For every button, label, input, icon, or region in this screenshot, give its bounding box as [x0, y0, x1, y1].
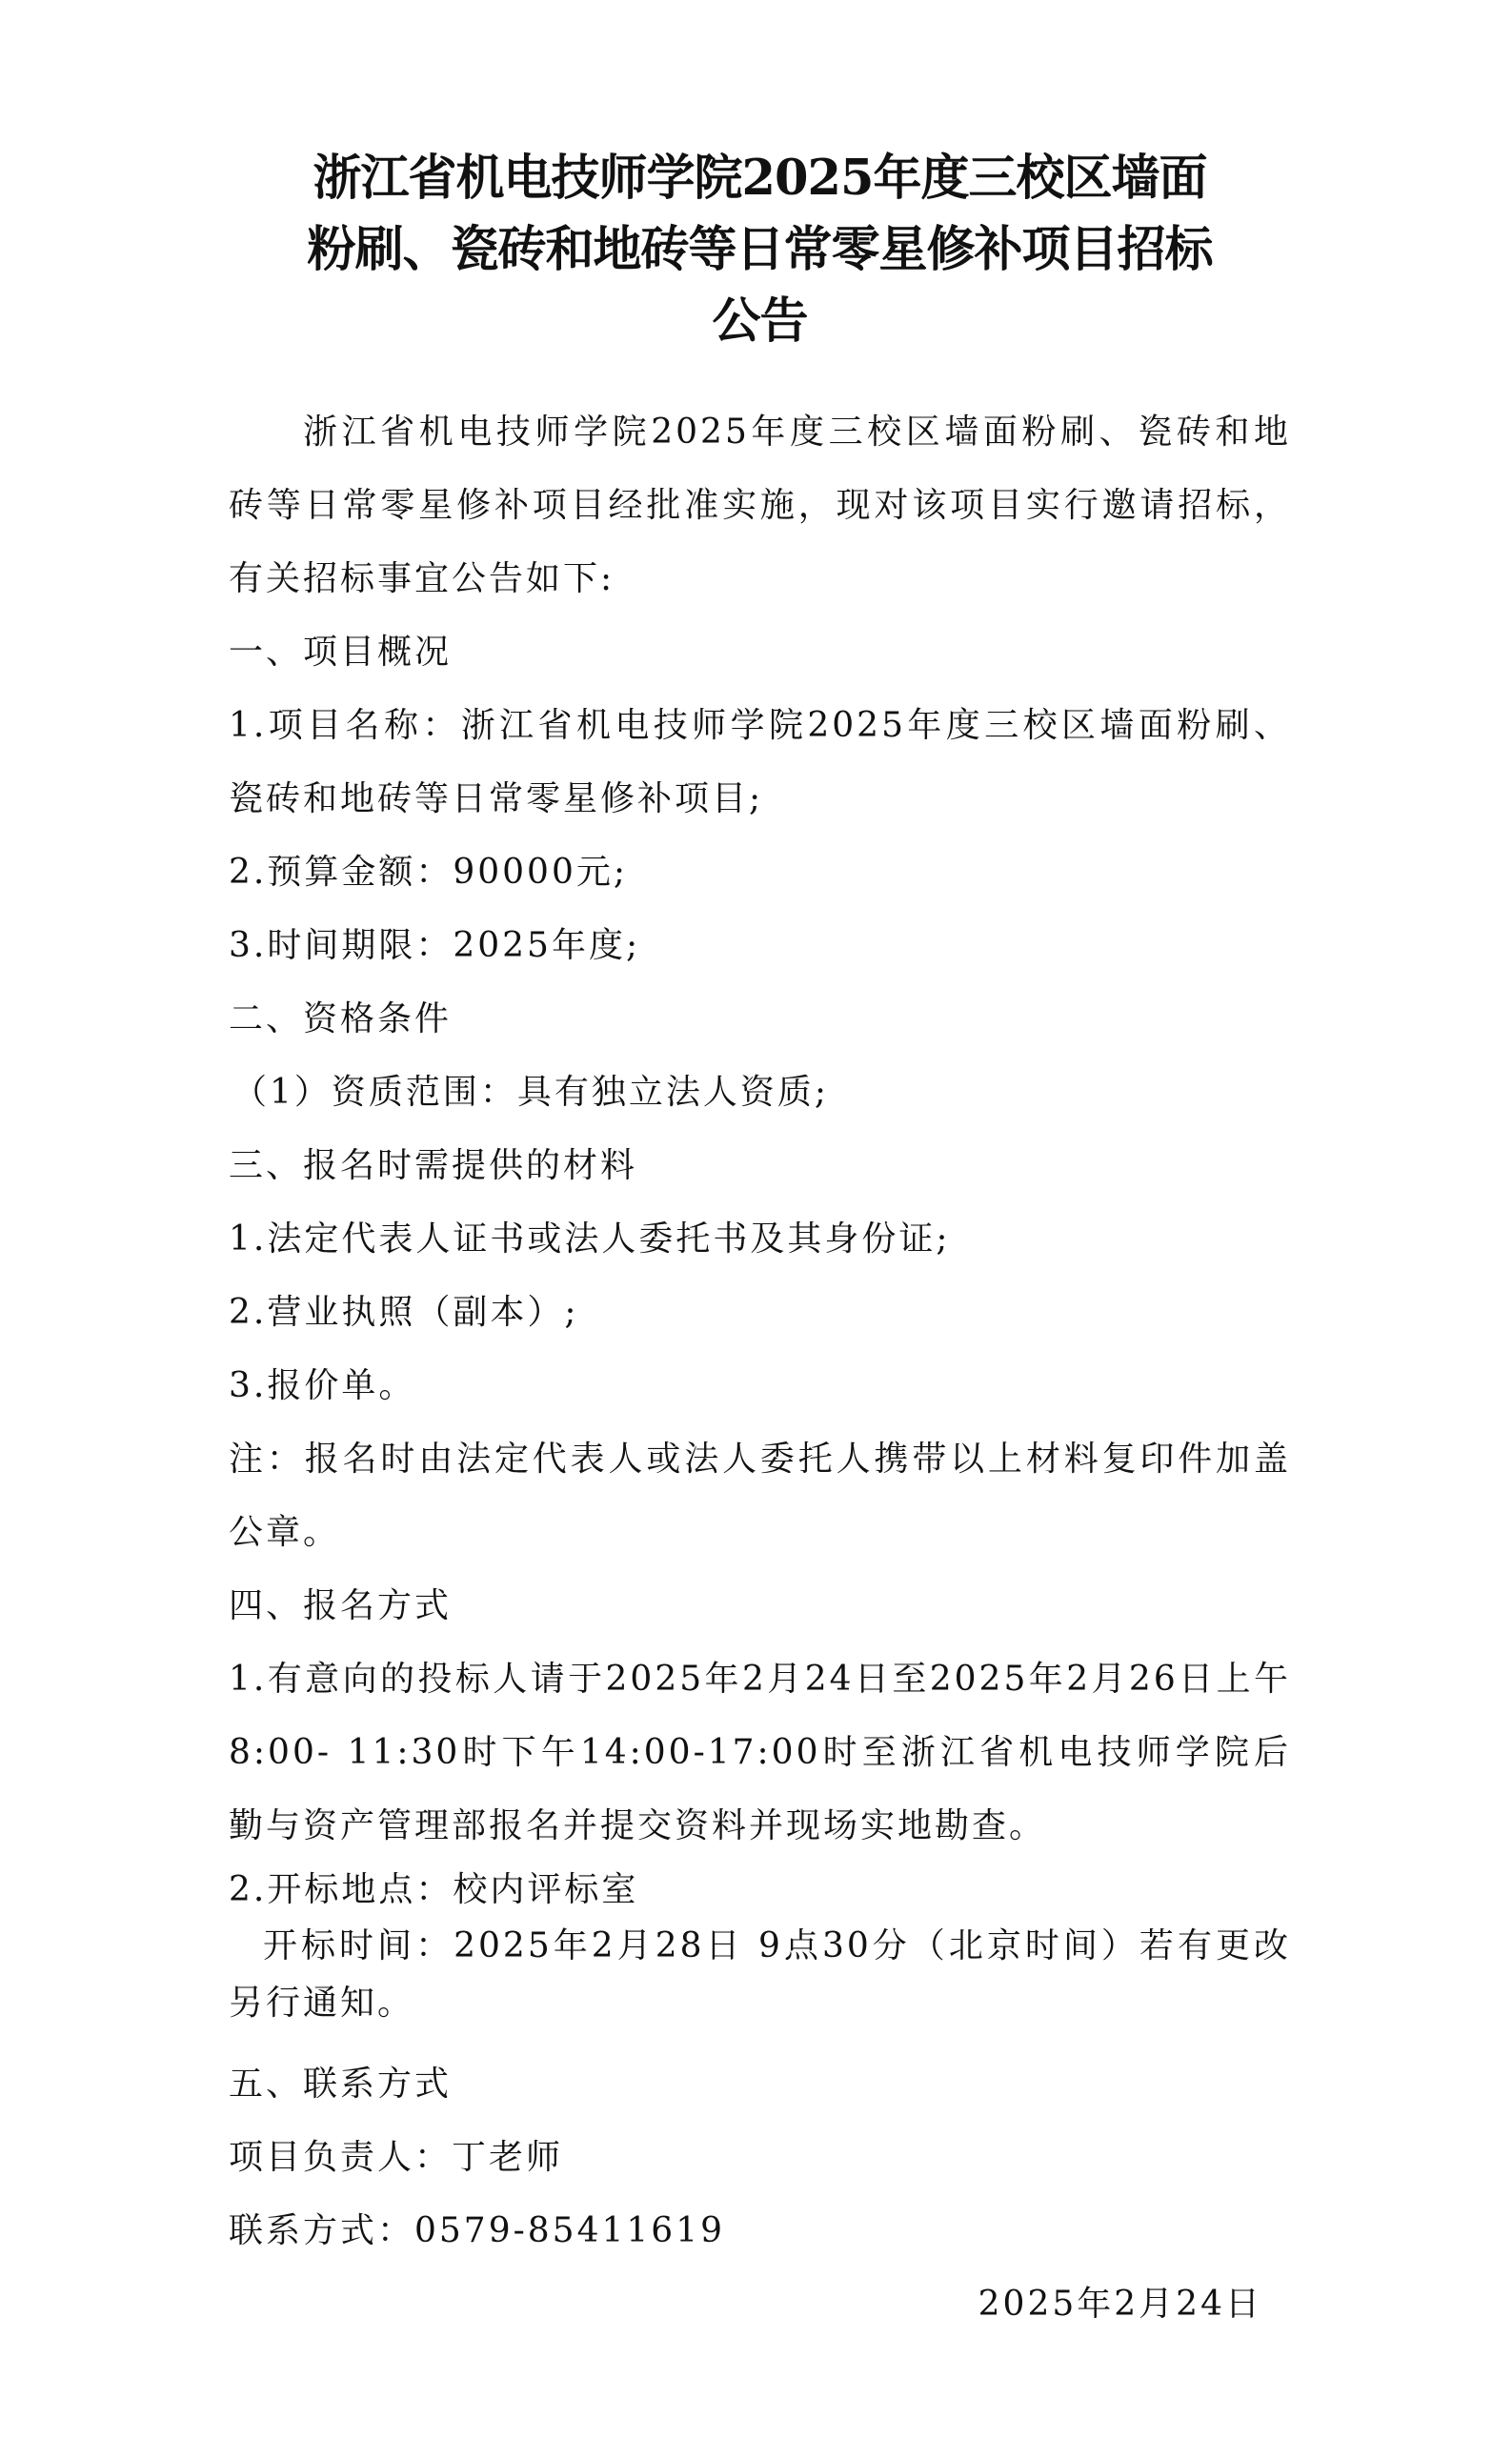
time-limit-item: 3.时间期限：2025年度; [229, 909, 1291, 982]
materials-note: 注：报名时由法定代表人或法人委托人携带以上材料复印件加盖公章。 [229, 1422, 1291, 1569]
intro-paragraph: 浙江省机电技师学院2025年度三校区墙面粉刷、瓷砖和地砖等日常零星修补项目经批准… [229, 395, 1291, 615]
section-heading-project-overview: 一、项目概况 [229, 615, 1291, 689]
title-line-3: 公告 [229, 286, 1291, 357]
material-item-3: 3.报价单。 [229, 1349, 1291, 1422]
bid-opening-time: 开标时间：2025年2月28日 9点30分（北京时间）若有更改另行通知。 [229, 1918, 1291, 2032]
registration-item-1: 1.有意向的投标人请于2025年2月24日至2025年2月26日上午8:00- … [229, 1642, 1291, 1863]
budget-item: 2.预算金额：90000元; [229, 836, 1291, 909]
document-body: 浙江省机电技师学院2025年度三校区墙面粉刷、瓷砖和地砖等日常零星修补项目经批准… [229, 395, 1291, 2341]
title-line-1: 浙江省机电技师学院2025年度三校区墙面 [229, 143, 1291, 214]
contact-person: 项目负责人：丁老师 [229, 2121, 1291, 2194]
document-page: 浙江省机电技师学院2025年度三校区墙面 粉刷、瓷砖和地砖等日常零星修补项目招标… [229, 143, 1291, 2341]
document-title: 浙江省机电技师学院2025年度三校区墙面 粉刷、瓷砖和地砖等日常零星修补项目招标… [229, 143, 1291, 357]
project-name-item: 1.项目名称：浙江省机电技师学院2025年度三校区墙面粉刷、瓷砖和地砖等日常零星… [229, 689, 1291, 836]
section-heading-required-materials: 三、报名时需提供的材料 [229, 1129, 1291, 1202]
section-heading-contact: 五、联系方式 [229, 2047, 1291, 2121]
contact-phone: 联系方式：0579-85411619 [229, 2194, 1291, 2267]
document-date: 2025年2月24日 [229, 2267, 1291, 2341]
section-heading-qualifications: 二、资格条件 [229, 982, 1291, 1056]
material-item-2: 2.营业执照（副本）; [229, 1276, 1291, 1349]
material-item-1: 1.法定代表人证书或法人委托书及其身份证; [229, 1202, 1291, 1276]
qualification-scope-item: （1）资质范围：具有独立法人资质; [229, 1056, 1291, 1129]
title-line-2: 粉刷、瓷砖和地砖等日常零星修补项目招标 [229, 214, 1291, 286]
bid-opening-location: 2.开标地点：校内评标室 [229, 1863, 1291, 1918]
section-heading-registration-method: 四、报名方式 [229, 1569, 1291, 1642]
